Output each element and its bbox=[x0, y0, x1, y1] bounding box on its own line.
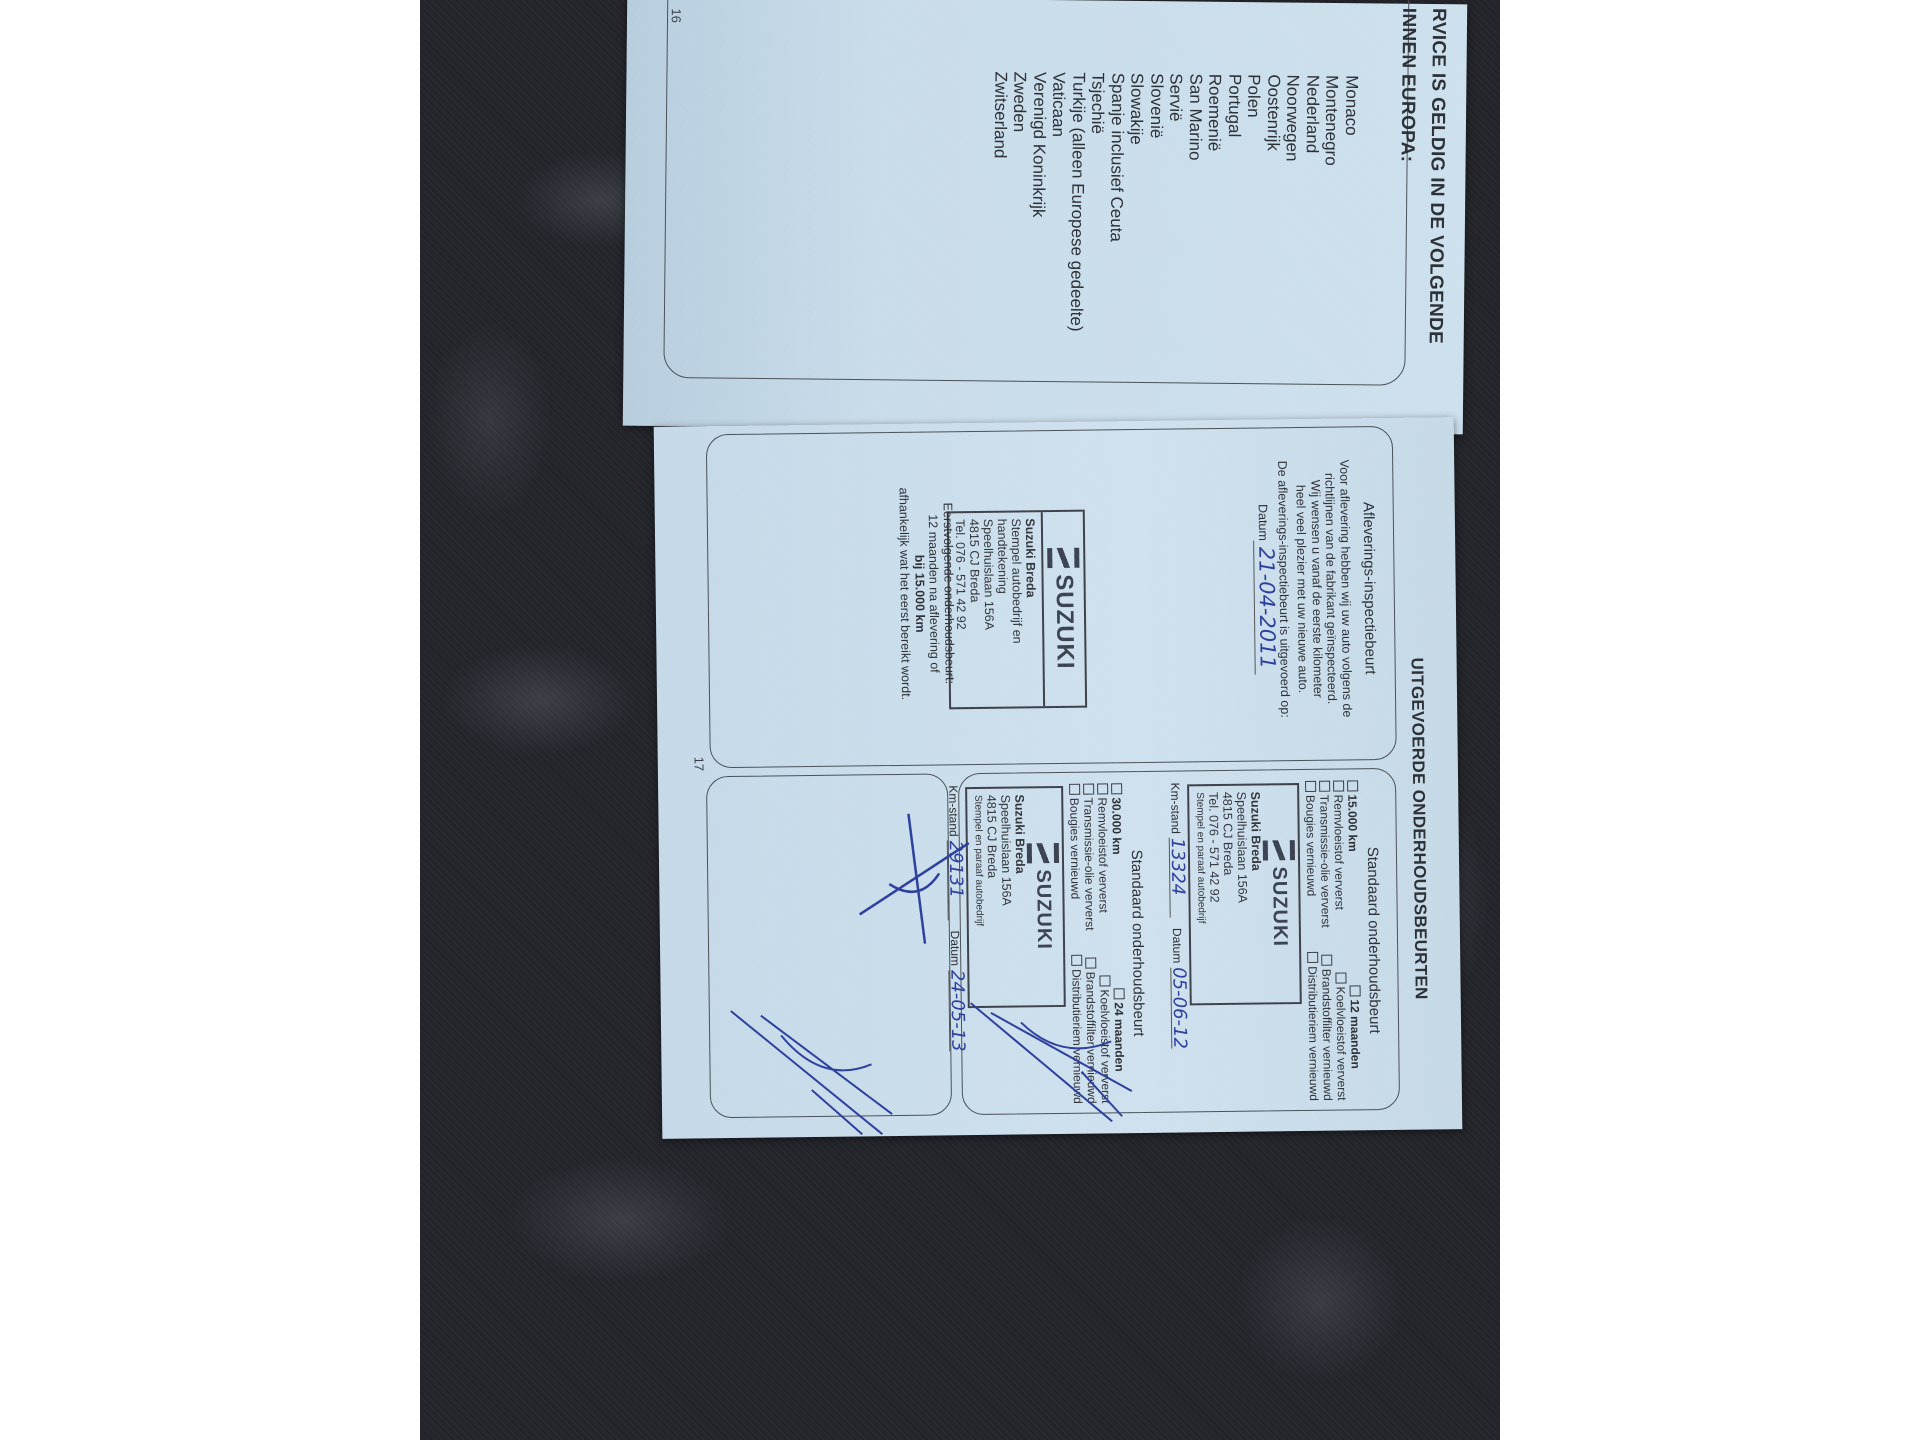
delivery-date-row: Datum21-04-2011 bbox=[1255, 439, 1276, 739]
signature-delivery bbox=[848, 803, 990, 955]
country-item: Monaco bbox=[1339, 75, 1361, 334]
km-value: 13324 bbox=[1169, 838, 1185, 918]
checkbox-icon bbox=[1335, 972, 1346, 983]
check-item: Distributieriem vernieuwd bbox=[1069, 955, 1085, 1104]
booklet-page-17: UITGEVOERDE ONDERHOUDSBEURTEN Aflevering… bbox=[654, 417, 1463, 1139]
date-label: Datum bbox=[1170, 928, 1184, 964]
service-card-15000-content: Standaard onderhoudsbeurt15.000 km12 maa… bbox=[1168, 780, 1384, 1103]
suzuki-wordmark: SUZUKI bbox=[1057, 574, 1072, 670]
check-label: Brandstoffilter vernieuwd bbox=[1083, 972, 1099, 1104]
country-item: Zwitserland bbox=[988, 71, 1010, 330]
check-label: Transmissie-olie ververst bbox=[1317, 795, 1333, 928]
check-label: Bougies vernieuwd bbox=[1303, 795, 1318, 897]
checkbox-icon bbox=[1071, 955, 1082, 966]
service-card-30000-content: Standaard onderhoudsbeurt30.000 km24 maa… bbox=[946, 783, 1148, 1105]
suzuki-logo: SUZUKI bbox=[1262, 791, 1297, 996]
service-card-title: Standaard onderhoudsbeurt bbox=[1127, 783, 1148, 1103]
next-service-line: afhankelijk wat het eerst bereikt wordt. bbox=[896, 484, 913, 704]
check-label: Distributieriem vernieuwd bbox=[1305, 966, 1321, 1101]
checkbox-icon bbox=[1083, 784, 1094, 795]
stamp-line: Stempel autobedrijf en handtekening bbox=[995, 518, 1025, 700]
next-service-text: Eerstvolgende onderhoudsbeurt:12 maanden… bbox=[896, 483, 957, 704]
check-row: Bougies vernieuwdDistributieriem vernieu… bbox=[1303, 781, 1321, 1101]
check-label: Koelvloeistof ververst bbox=[1098, 989, 1113, 1103]
page-frame bbox=[663, 0, 1409, 386]
stamp-lines: Suzuki BredaStempel autobedrijf en handt… bbox=[953, 518, 1039, 701]
suzuki-logo: SUZUKI bbox=[1026, 794, 1061, 999]
stamp-line: Tel. 076 - 571 42 92 bbox=[953, 519, 969, 701]
interval-months-label: 12 maanden bbox=[1348, 999, 1363, 1069]
interval-months: 12 maanden bbox=[1348, 985, 1363, 1069]
interval-km-label: 15.000 km bbox=[1345, 794, 1360, 852]
check-label: Koelvloeistof ververst bbox=[1334, 986, 1349, 1100]
country-item: Spanje inclusief Ceuta bbox=[1105, 73, 1127, 332]
service-card-title: Standaard onderhoudsbeurt bbox=[1363, 780, 1384, 1100]
checkbox-icon bbox=[1319, 781, 1330, 792]
delivery-card-content: Afleverings-inspectiebeurt Voor afleveri… bbox=[1255, 438, 1380, 739]
check-item: Distributieriem vernieuwd bbox=[1305, 952, 1321, 1101]
date-label: Datum bbox=[948, 931, 962, 967]
page17-heading: UITGEVOERDE ONDERHOUDSBEURTEN bbox=[1407, 657, 1431, 999]
country-item: Oostenrijk bbox=[1261, 74, 1283, 333]
country-item: Noorwegen bbox=[1281, 74, 1303, 333]
country-item: Verenigd Koninkrijk bbox=[1027, 72, 1049, 331]
suzuki-s-icon bbox=[1047, 548, 1079, 568]
service-date: 24-05-13 bbox=[948, 970, 964, 1052]
check-item: Transmissie-olie ververst bbox=[1081, 784, 1097, 958]
stamp-line: 4815 CJ Breda bbox=[967, 519, 983, 701]
next-service-line: Eerstvolgende onderhoudsbeurt: bbox=[940, 483, 957, 703]
interval-months: 24 maanden bbox=[1112, 988, 1127, 1072]
delivery-intro: Voor aflevering hebben wij uw auto volge… bbox=[1293, 438, 1355, 739]
checkbox-icon bbox=[1085, 958, 1096, 969]
country-item: San Marino bbox=[1183, 73, 1205, 332]
stamp-line: Suzuki Breda bbox=[1012, 794, 1029, 999]
country-list: MonacoMontenegroNederlandNoorwegenOosten… bbox=[988, 71, 1361, 334]
check-label: Distributieriem vernieuwd bbox=[1069, 969, 1085, 1104]
interval-km: 15.000 km bbox=[1345, 780, 1362, 985]
suzuki-wordmark: SUZUKI bbox=[1272, 866, 1287, 947]
country-item: Turkije (alleen Europese gedeelte) bbox=[1066, 72, 1088, 331]
checkbox-icon bbox=[1111, 783, 1122, 794]
page-number-17: 17 bbox=[691, 757, 706, 772]
intro-line: heel veel plezier met uw nieuwe auto. bbox=[1293, 439, 1311, 739]
checkbox-icon bbox=[1321, 955, 1332, 966]
check-label: Remvloeistof ververst bbox=[1331, 794, 1346, 910]
country-item: Polen bbox=[1242, 74, 1264, 333]
check-label: Remvloeistof ververst bbox=[1095, 797, 1110, 913]
interval-months-label: 24 maanden bbox=[1112, 1002, 1127, 1072]
next-service-line: 12 maanden na aflevering of bbox=[925, 483, 942, 703]
country-item: Portugal bbox=[1222, 74, 1244, 333]
check-item: Koelvloeistof ververst bbox=[1097, 975, 1113, 1103]
next-service-line: bij 15.000 km bbox=[911, 484, 928, 704]
checkbox-icon bbox=[1307, 952, 1318, 963]
intro-line: richtlijnen van de fabrikant geïnspectee… bbox=[1322, 439, 1340, 739]
interval-row: 15.000 km12 maanden bbox=[1345, 780, 1363, 1100]
checkbox-icon bbox=[1069, 784, 1080, 795]
check-row: Bougies vernieuwdDistributieriem vernieu… bbox=[1067, 784, 1085, 1104]
interval-km: 30.000 km bbox=[1109, 783, 1126, 988]
country-item: Slovenië bbox=[1144, 73, 1166, 332]
suzuki-s-icon bbox=[1027, 843, 1059, 863]
check-row: Transmissie-olie ververstBrandstoffilter… bbox=[1317, 781, 1335, 1101]
interval-row: 30.000 km24 maanden bbox=[1109, 783, 1127, 1103]
service-date: 05-06-12 bbox=[1170, 967, 1186, 1049]
country-item: Tsjechië bbox=[1086, 72, 1108, 331]
checkbox-icon bbox=[1099, 975, 1110, 986]
page-number-16: 16 bbox=[669, 8, 684, 23]
checkbox-icon bbox=[1114, 988, 1125, 999]
checkbox-icon bbox=[1350, 985, 1361, 996]
booklet-page-16: RVICE IS GELDIG IN DE VOLGENDE INNEN EUR… bbox=[623, 0, 1467, 434]
country-item: Montenegro bbox=[1320, 75, 1342, 334]
suzuki-s-icon bbox=[1263, 840, 1295, 860]
stamp-footer: Stempel en paraaf autobedrijf bbox=[970, 795, 987, 1000]
country-item: Nederland bbox=[1300, 75, 1322, 334]
stamp-line: Speelhuislaan 156A bbox=[1234, 792, 1251, 997]
service-card-15000 bbox=[958, 768, 1400, 1115]
check-item: Transmissie-olie ververst bbox=[1317, 781, 1333, 955]
suzuki-logo: SUZUKI bbox=[1041, 512, 1085, 706]
check-row: Transmissie-olie ververstBrandstoffilter… bbox=[1081, 784, 1099, 1104]
heading-line-1: RVICE IS GELDIG IN DE VOLGENDE bbox=[1424, 8, 1450, 344]
stamp-line: Tel. 076 - 571 42 92 bbox=[1206, 792, 1223, 997]
check-label: Bougies vernieuwd bbox=[1067, 798, 1082, 900]
signature-card-30000 bbox=[711, 994, 903, 1146]
km-date-row: Km-stand29131Datum24-05-13 bbox=[946, 785, 965, 1105]
checkbox-icon bbox=[1305, 781, 1316, 792]
delivery-date: 21-04-2011 bbox=[1254, 541, 1281, 675]
check-item: Brandstoffilter vernieuwd bbox=[1083, 958, 1099, 1104]
checkbox-icon bbox=[1347, 780, 1358, 791]
stamp-footer: Stempel en paraaf autobedrijf bbox=[1192, 792, 1209, 997]
heading-line-2: INNEN EUROPA: bbox=[1394, 8, 1420, 344]
km-label: Km-stand bbox=[1168, 782, 1183, 834]
check-item: Remvloeistof ververst bbox=[1095, 783, 1111, 975]
check-row: Remvloeistof ververstKoelvloeistof verve… bbox=[1095, 783, 1113, 1103]
stamp-line: Suzuki Breda bbox=[1248, 792, 1265, 997]
delivery-stamp: SUZUKI Suzuki BredaStempel autobedrijf e… bbox=[947, 510, 1087, 710]
stamp-line: Speelhuislaan 156A bbox=[998, 795, 1015, 1000]
country-item: Servië bbox=[1164, 73, 1186, 332]
stamp-line: Speelhuislaan 156A bbox=[981, 519, 997, 701]
check-item: Remvloeistof ververst bbox=[1331, 780, 1347, 972]
performed-label: De afleverings-inspectiebeurt is uitgevo… bbox=[1274, 439, 1292, 739]
intro-line: Wij wensen u vanaf de eerste kilometer bbox=[1307, 439, 1325, 739]
check-label: Brandstoffilter vernieuwd bbox=[1319, 969, 1335, 1101]
country-item: Vaticaan bbox=[1047, 72, 1069, 331]
delivery-inspection-card bbox=[706, 426, 1397, 768]
date-label: Datum bbox=[1256, 504, 1270, 541]
check-item: Bougies vernieuwd bbox=[1303, 781, 1319, 952]
delivery-card-title: Afleverings-inspectiebeurt bbox=[1359, 438, 1380, 738]
interval-km-label: 30.000 km bbox=[1109, 797, 1124, 855]
check-row: Remvloeistof ververstKoelvloeistof verve… bbox=[1331, 780, 1349, 1100]
signature-card-15000 bbox=[960, 981, 1142, 1133]
km-value: 29131 bbox=[947, 841, 963, 921]
km-label: Km-stand bbox=[946, 785, 961, 837]
check-label: Transmissie-olie ververst bbox=[1081, 798, 1097, 931]
dealer-stamp: SUZUKISuzuki BredaSpeelhuislaan 156A4815… bbox=[965, 786, 1066, 1008]
check-item: Bougies vernieuwd bbox=[1067, 784, 1083, 955]
checkbox-icon bbox=[1333, 781, 1344, 792]
checkbox-icon bbox=[1097, 783, 1108, 794]
country-item: Zweden bbox=[1008, 72, 1030, 331]
photo: RVICE IS GELDIG IN DE VOLGENDE INNEN EUR… bbox=[420, 0, 1500, 1440]
check-item: Koelvloeistof ververst bbox=[1333, 972, 1349, 1100]
dealer-stamp: SUZUKISuzuki BredaSpeelhuislaan 156A4815… bbox=[1187, 783, 1302, 1005]
country-item: Roemenië bbox=[1203, 74, 1225, 333]
km-date-row: Km-stand13324Datum05-06-12 bbox=[1168, 782, 1187, 1102]
intro-line: Voor aflevering hebben wij uw auto volge… bbox=[1336, 438, 1354, 738]
stamp-line: 4815 CJ Breda bbox=[1220, 792, 1237, 997]
page16-heading: RVICE IS GELDIG IN DE VOLGENDE INNEN EUR… bbox=[1394, 8, 1450, 344]
check-item: Brandstoffilter vernieuwd bbox=[1319, 955, 1335, 1101]
stamp-line: Suzuki Breda bbox=[1023, 518, 1039, 700]
suzuki-wordmark: SUZUKI bbox=[1036, 869, 1051, 950]
service-card-30000 bbox=[706, 773, 952, 1118]
country-item: Slowakije bbox=[1125, 73, 1147, 332]
stamp-line: 4815 CJ Breda bbox=[984, 795, 1001, 1000]
